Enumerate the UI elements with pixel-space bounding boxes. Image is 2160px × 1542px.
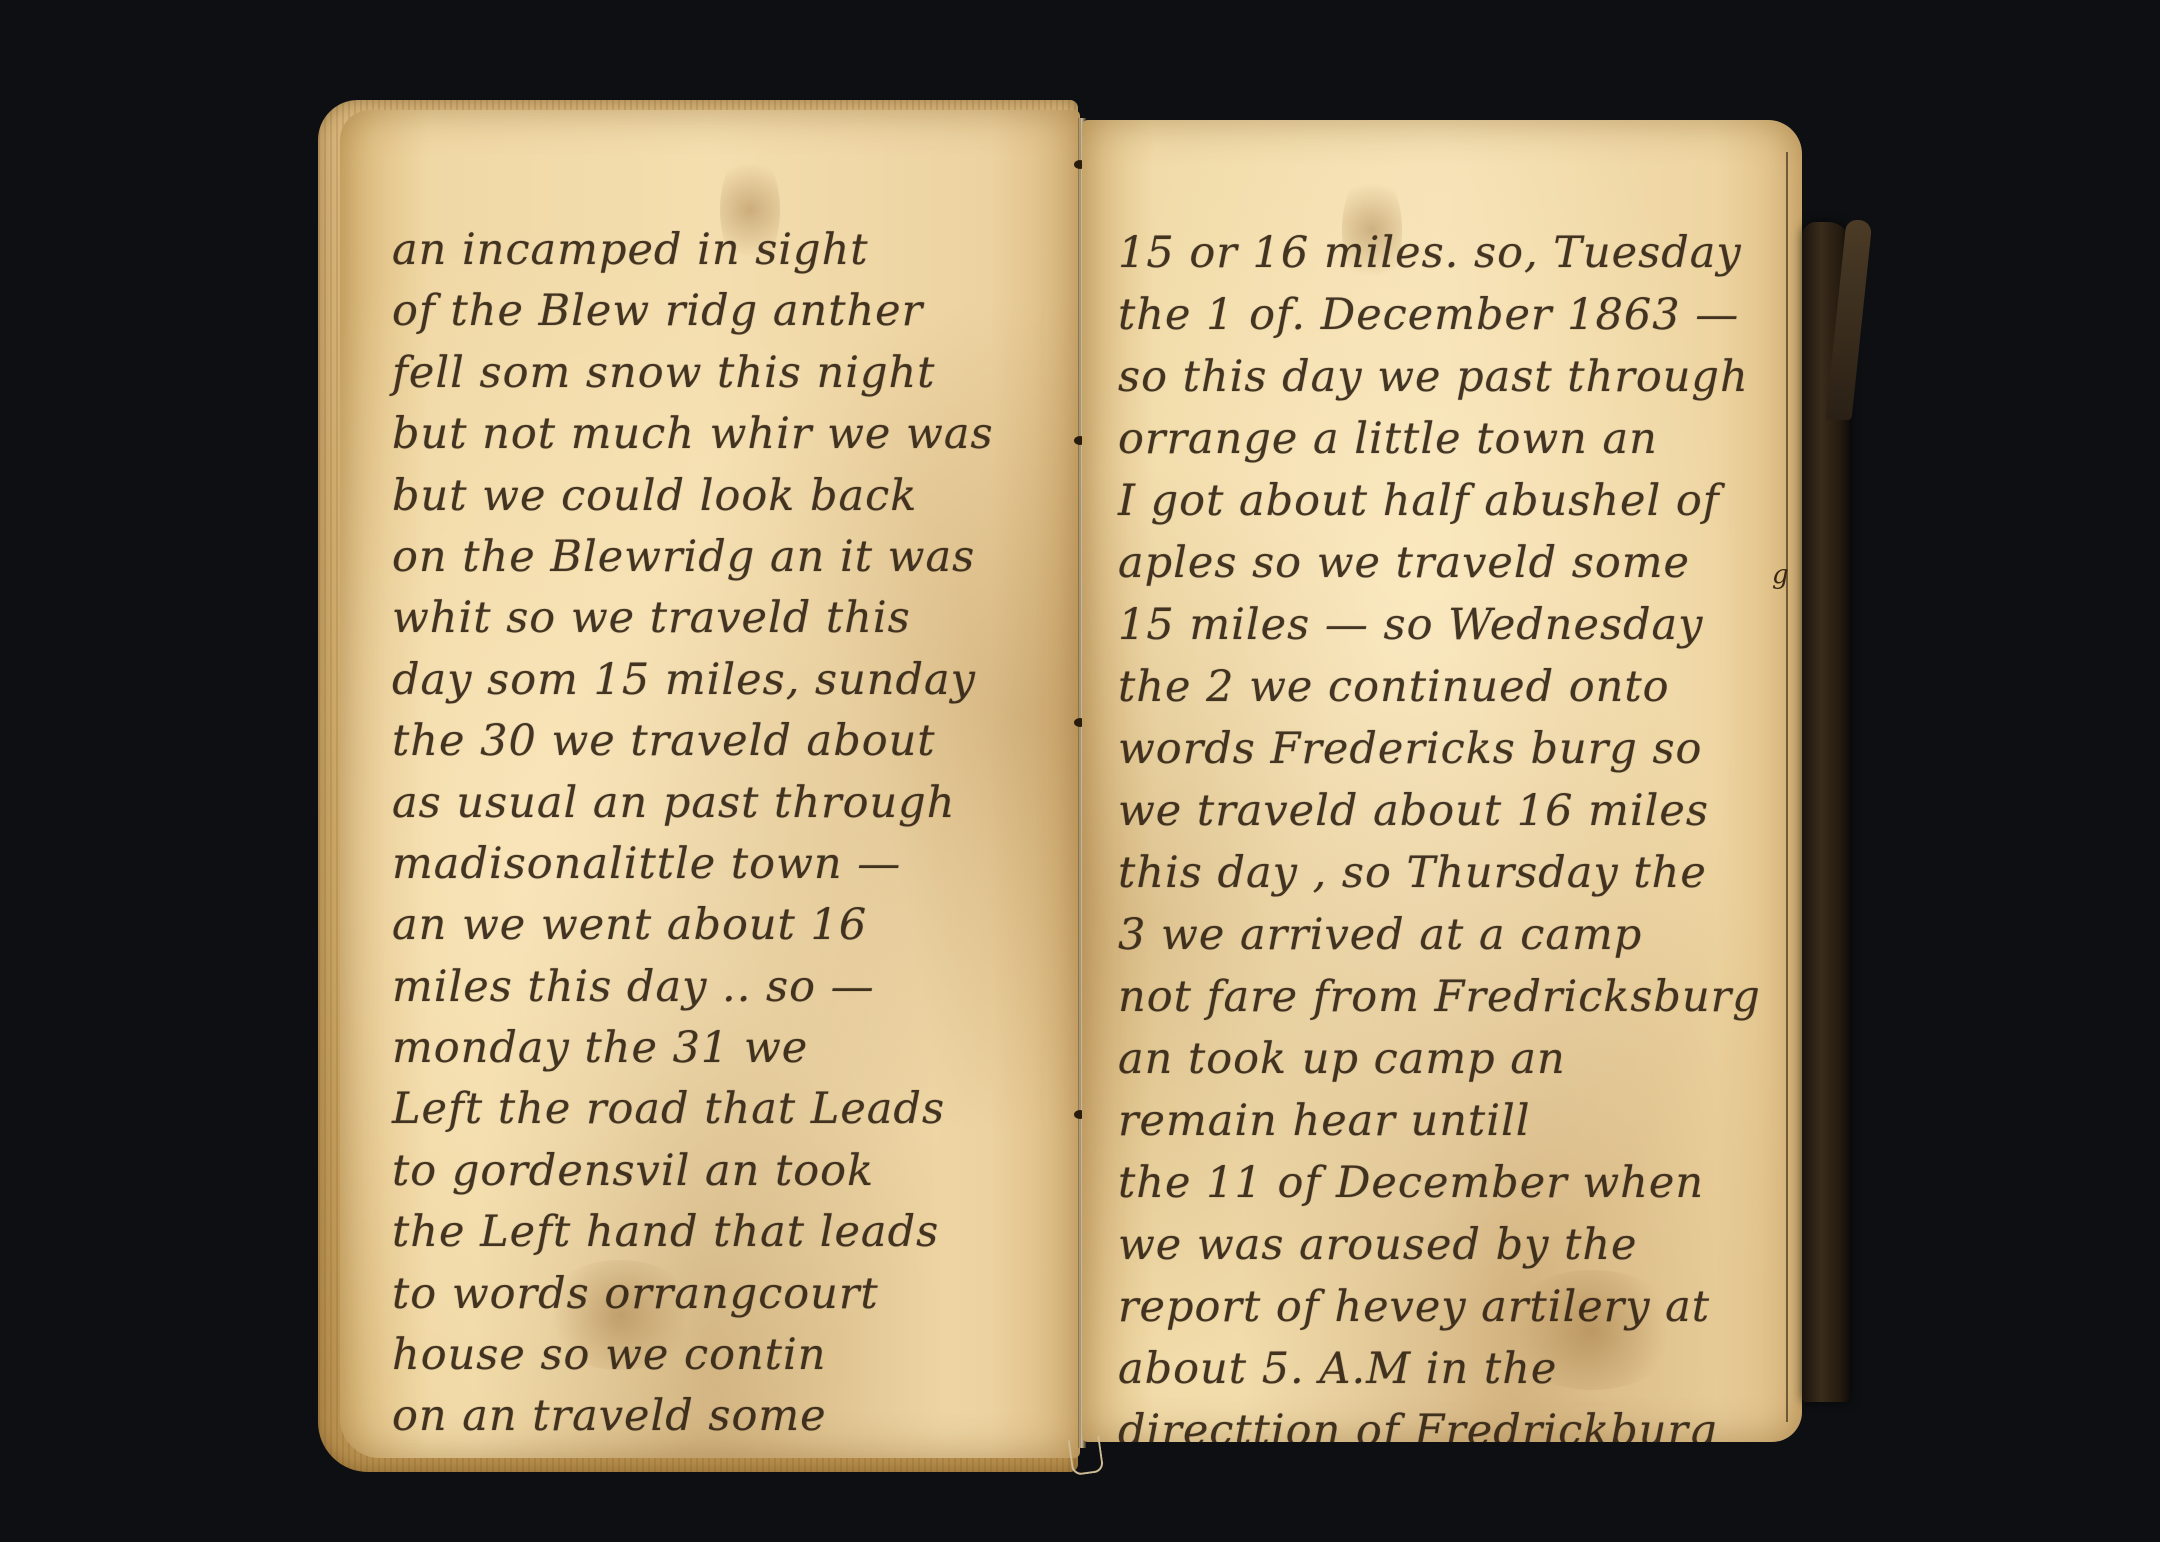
handwritten-line: to gordensvil an took (392, 1141, 1052, 1202)
binding-thread (1068, 1436, 1105, 1476)
handwritten-line: on an traveld some (392, 1386, 1052, 1447)
handwritten-line: the 11 of December when (1118, 1152, 1778, 1214)
handwritten-line: whit so we traveld this (392, 588, 1052, 649)
handwritten-line: 15 miles — so Wednesday (1118, 594, 1778, 656)
handwritten-line: Left the road that Leads (392, 1079, 1052, 1140)
handwritten-line: an incamped in sight (392, 220, 1052, 281)
handwritten-line: words Fredericks burg so (1118, 718, 1778, 780)
handwritten-line: but we could look back (392, 466, 1052, 527)
handwritten-line: report of hevey artilery at (1118, 1276, 1778, 1338)
left-page: an incamped in sightof the Blew ridg ant… (340, 110, 1080, 1458)
handwritten-line: we traveld about 16 miles (1118, 780, 1778, 842)
handwritten-line: orrange a little town an (1118, 408, 1778, 470)
page-edge-rule (1786, 152, 1788, 1422)
handwritten-line: directtion of Fredrickburg (1118, 1400, 1778, 1442)
handwritten-line: so this day we past through (1118, 346, 1778, 408)
handwritten-line: about 5. A.M in the (1118, 1338, 1778, 1400)
handwritten-line: fell som snow this night (392, 343, 1052, 404)
handwritten-line: we was aroused by the (1118, 1214, 1778, 1276)
handwritten-line: this day , so Thursday the (1118, 842, 1778, 904)
handwritten-line: the Left hand that leads (392, 1202, 1052, 1263)
handwritten-line: the 1 of. December 1863 — (1118, 284, 1778, 346)
handwritten-line: as usual an past through (392, 773, 1052, 834)
handwritten-line: aples so we traveld some (1118, 532, 1778, 594)
photo-background: an incamped in sightof the Blew ridg ant… (0, 0, 2160, 1542)
handwritten-line: remain hear untill (1118, 1090, 1778, 1152)
handwritten-line: day som 15 miles, sunday (392, 650, 1052, 711)
handwritten-line: miles this day .. so — (392, 957, 1052, 1018)
handwritten-line: 15 or 16 miles. so, Tuesday (1118, 222, 1778, 284)
handwritten-line: of the Blew ridg anther (392, 281, 1052, 342)
open-diary: an incamped in sightof the Blew ridg ant… (318, 92, 1918, 1472)
right-page: 15 or 16 miles. so, Tuesdaythe 1 of. Dec… (1082, 120, 1802, 1442)
handwritten-line: the 2 we continued onto (1118, 656, 1778, 718)
handwritten-line: the 30 we traveld about (392, 711, 1052, 772)
handwritten-line: not fare from Fredricksburg (1118, 966, 1778, 1028)
right-page-handwriting: 15 or 16 miles. so, Tuesdaythe 1 of. Dec… (1118, 222, 1778, 1442)
handwritten-line: to words orrangcourt (392, 1264, 1052, 1325)
handwritten-line: madisonalittle town — (392, 834, 1052, 895)
handwritten-line: house so we contin (392, 1325, 1052, 1386)
handwritten-line: an took up camp an (1118, 1028, 1778, 1090)
handwritten-line: I got about half abushel of (1118, 470, 1778, 532)
left-page-handwriting: an incamped in sightof the Blew ridg ant… (392, 220, 1052, 1448)
handwritten-line: on the Blewridg an it was (392, 527, 1052, 588)
handwritten-line: 3 we arrived at a camp (1118, 904, 1778, 966)
handwritten-line: but not much whir we was (392, 404, 1052, 465)
handwritten-line: an we went about 16 (392, 895, 1052, 956)
handwritten-line: monday the 31 we (392, 1018, 1052, 1079)
